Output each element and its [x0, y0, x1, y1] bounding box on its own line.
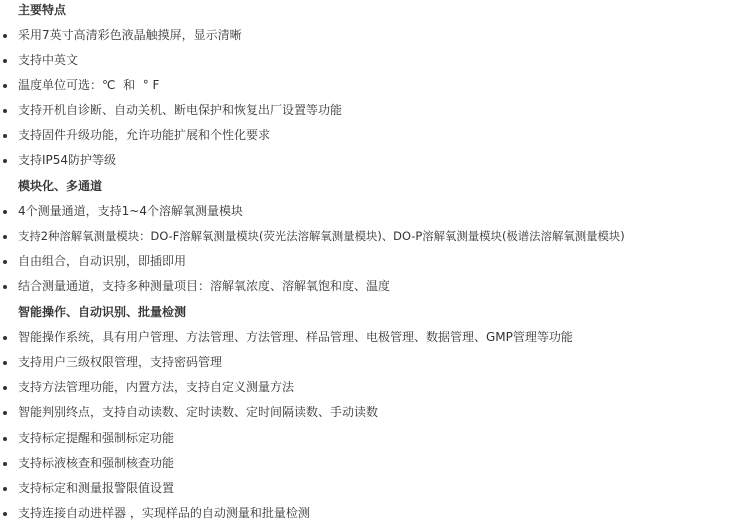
- section-heading-smart-operation: 智能操作、自动识别、批量检测: [0, 300, 186, 325]
- list-item-text: 支持标液核查和强制核查功能: [18, 451, 174, 476]
- bullet-icon: [3, 361, 7, 365]
- list-item: 智能操作系统，具有用户管理、方法管理、方法管理、样品管理、电极管理、数据管理、G…: [0, 325, 573, 350]
- list-item: 温度单位可选：℃ 和 ° F: [0, 73, 159, 98]
- bullet-icon: [3, 462, 7, 466]
- bullet-icon: [3, 260, 7, 264]
- list-item-text: 支持IP54防护等级: [18, 148, 116, 173]
- bullet-icon: [3, 159, 7, 163]
- bullet-icon: [3, 210, 7, 214]
- list-item-text: 4个测量通道，支持1~4个溶解氧测量模块: [18, 199, 243, 224]
- bullet-icon: [3, 235, 7, 239]
- bullet-icon: [3, 437, 7, 441]
- list-item-text: 采用7英寸高清彩色液晶触摸屏，显示清晰: [18, 23, 242, 48]
- list-item: 结合测量通道，支持多种测量项目：溶解氧浓度、溶解氧饱和度、温度: [0, 274, 390, 299]
- bullet-icon: [3, 487, 7, 491]
- list-item-text: 智能操作系统，具有用户管理、方法管理、方法管理、样品管理、电极管理、数据管理、G…: [18, 325, 573, 350]
- list-item: 支持中英文: [0, 48, 78, 73]
- list-item: 智能判别终点，支持自动读数、定时读数、定时间隔读数、手动读数: [0, 400, 378, 425]
- list-item-text: 支持开机自诊断、自动关机、断电保护和恢复出厂设置等功能: [18, 98, 342, 123]
- list-item-text: 支持连接自动进样器 ，实现样品的自动测量和批量检测: [18, 501, 310, 526]
- list-item-text: 支持2种溶解氧测量模块：DO-F溶解氧测量模块(荧光法溶解氧测量模块)、DO-P…: [18, 224, 625, 249]
- bullet-icon: [3, 411, 7, 415]
- list-item-text: 支持标定提醒和强制标定功能: [18, 426, 174, 451]
- list-item-text: 支持标定和测量报警限值设置: [18, 476, 174, 501]
- list-item-text: 自由组合，自动识别，即插即用: [18, 249, 186, 274]
- list-item-text: 智能判别终点，支持自动读数、定时读数、定时间隔读数、手动读数: [18, 400, 378, 425]
- list-item: 支持方法管理功能，内置方法，支持自定义测量方法: [0, 375, 294, 400]
- list-item: 支持标液核查和强制核查功能: [0, 451, 174, 476]
- list-item-text: 结合测量通道，支持多种测量项目：溶解氧浓度、溶解氧饱和度、温度: [18, 274, 390, 299]
- list-item: 支持固件升级功能，允许功能扩展和个性化要求: [0, 123, 270, 148]
- list-item: 支持2种溶解氧测量模块：DO-F溶解氧测量模块(荧光法溶解氧测量模块)、DO-P…: [0, 224, 625, 249]
- bullet-icon: [3, 34, 7, 38]
- list-item-text: 支持固件升级功能，允许功能扩展和个性化要求: [18, 123, 270, 148]
- section-heading-modular-multichannel: 模块化、多通道: [0, 174, 102, 199]
- list-item: 支持IP54防护等级: [0, 148, 116, 173]
- list-item: 支持用户三级权限管理，支持密码管理: [0, 350, 222, 375]
- list-item-text: 温度单位可选：℃ 和 ° F: [18, 73, 159, 98]
- list-item-text: 支持方法管理功能，内置方法，支持自定义测量方法: [18, 375, 294, 400]
- bullet-icon: [3, 386, 7, 390]
- list-item: 支持标定和测量报警限值设置: [0, 476, 174, 501]
- list-item: 4个测量通道，支持1~4个溶解氧测量模块: [0, 199, 243, 224]
- bullet-icon: [3, 84, 7, 88]
- section-heading-main-features: 主要特点: [0, 0, 66, 23]
- bullet-icon: [3, 512, 7, 516]
- bullet-icon: [3, 59, 7, 63]
- list-item: 采用7英寸高清彩色液晶触摸屏，显示清晰: [0, 23, 242, 48]
- list-item: 支持标定提醒和强制标定功能: [0, 426, 174, 451]
- list-item: 支持开机自诊断、自动关机、断电保护和恢复出厂设置等功能: [0, 98, 342, 123]
- list-item-text: 支持用户三级权限管理，支持密码管理: [18, 350, 222, 375]
- list-item: 自由组合，自动识别，即插即用: [0, 249, 186, 274]
- bullet-icon: [3, 285, 7, 289]
- list-item: 支持连接自动进样器 ，实现样品的自动测量和批量检测: [0, 501, 310, 526]
- bullet-icon: [3, 134, 7, 138]
- bullet-icon: [3, 336, 7, 340]
- list-item-text: 支持中英文: [18, 48, 78, 73]
- bullet-icon: [3, 109, 7, 113]
